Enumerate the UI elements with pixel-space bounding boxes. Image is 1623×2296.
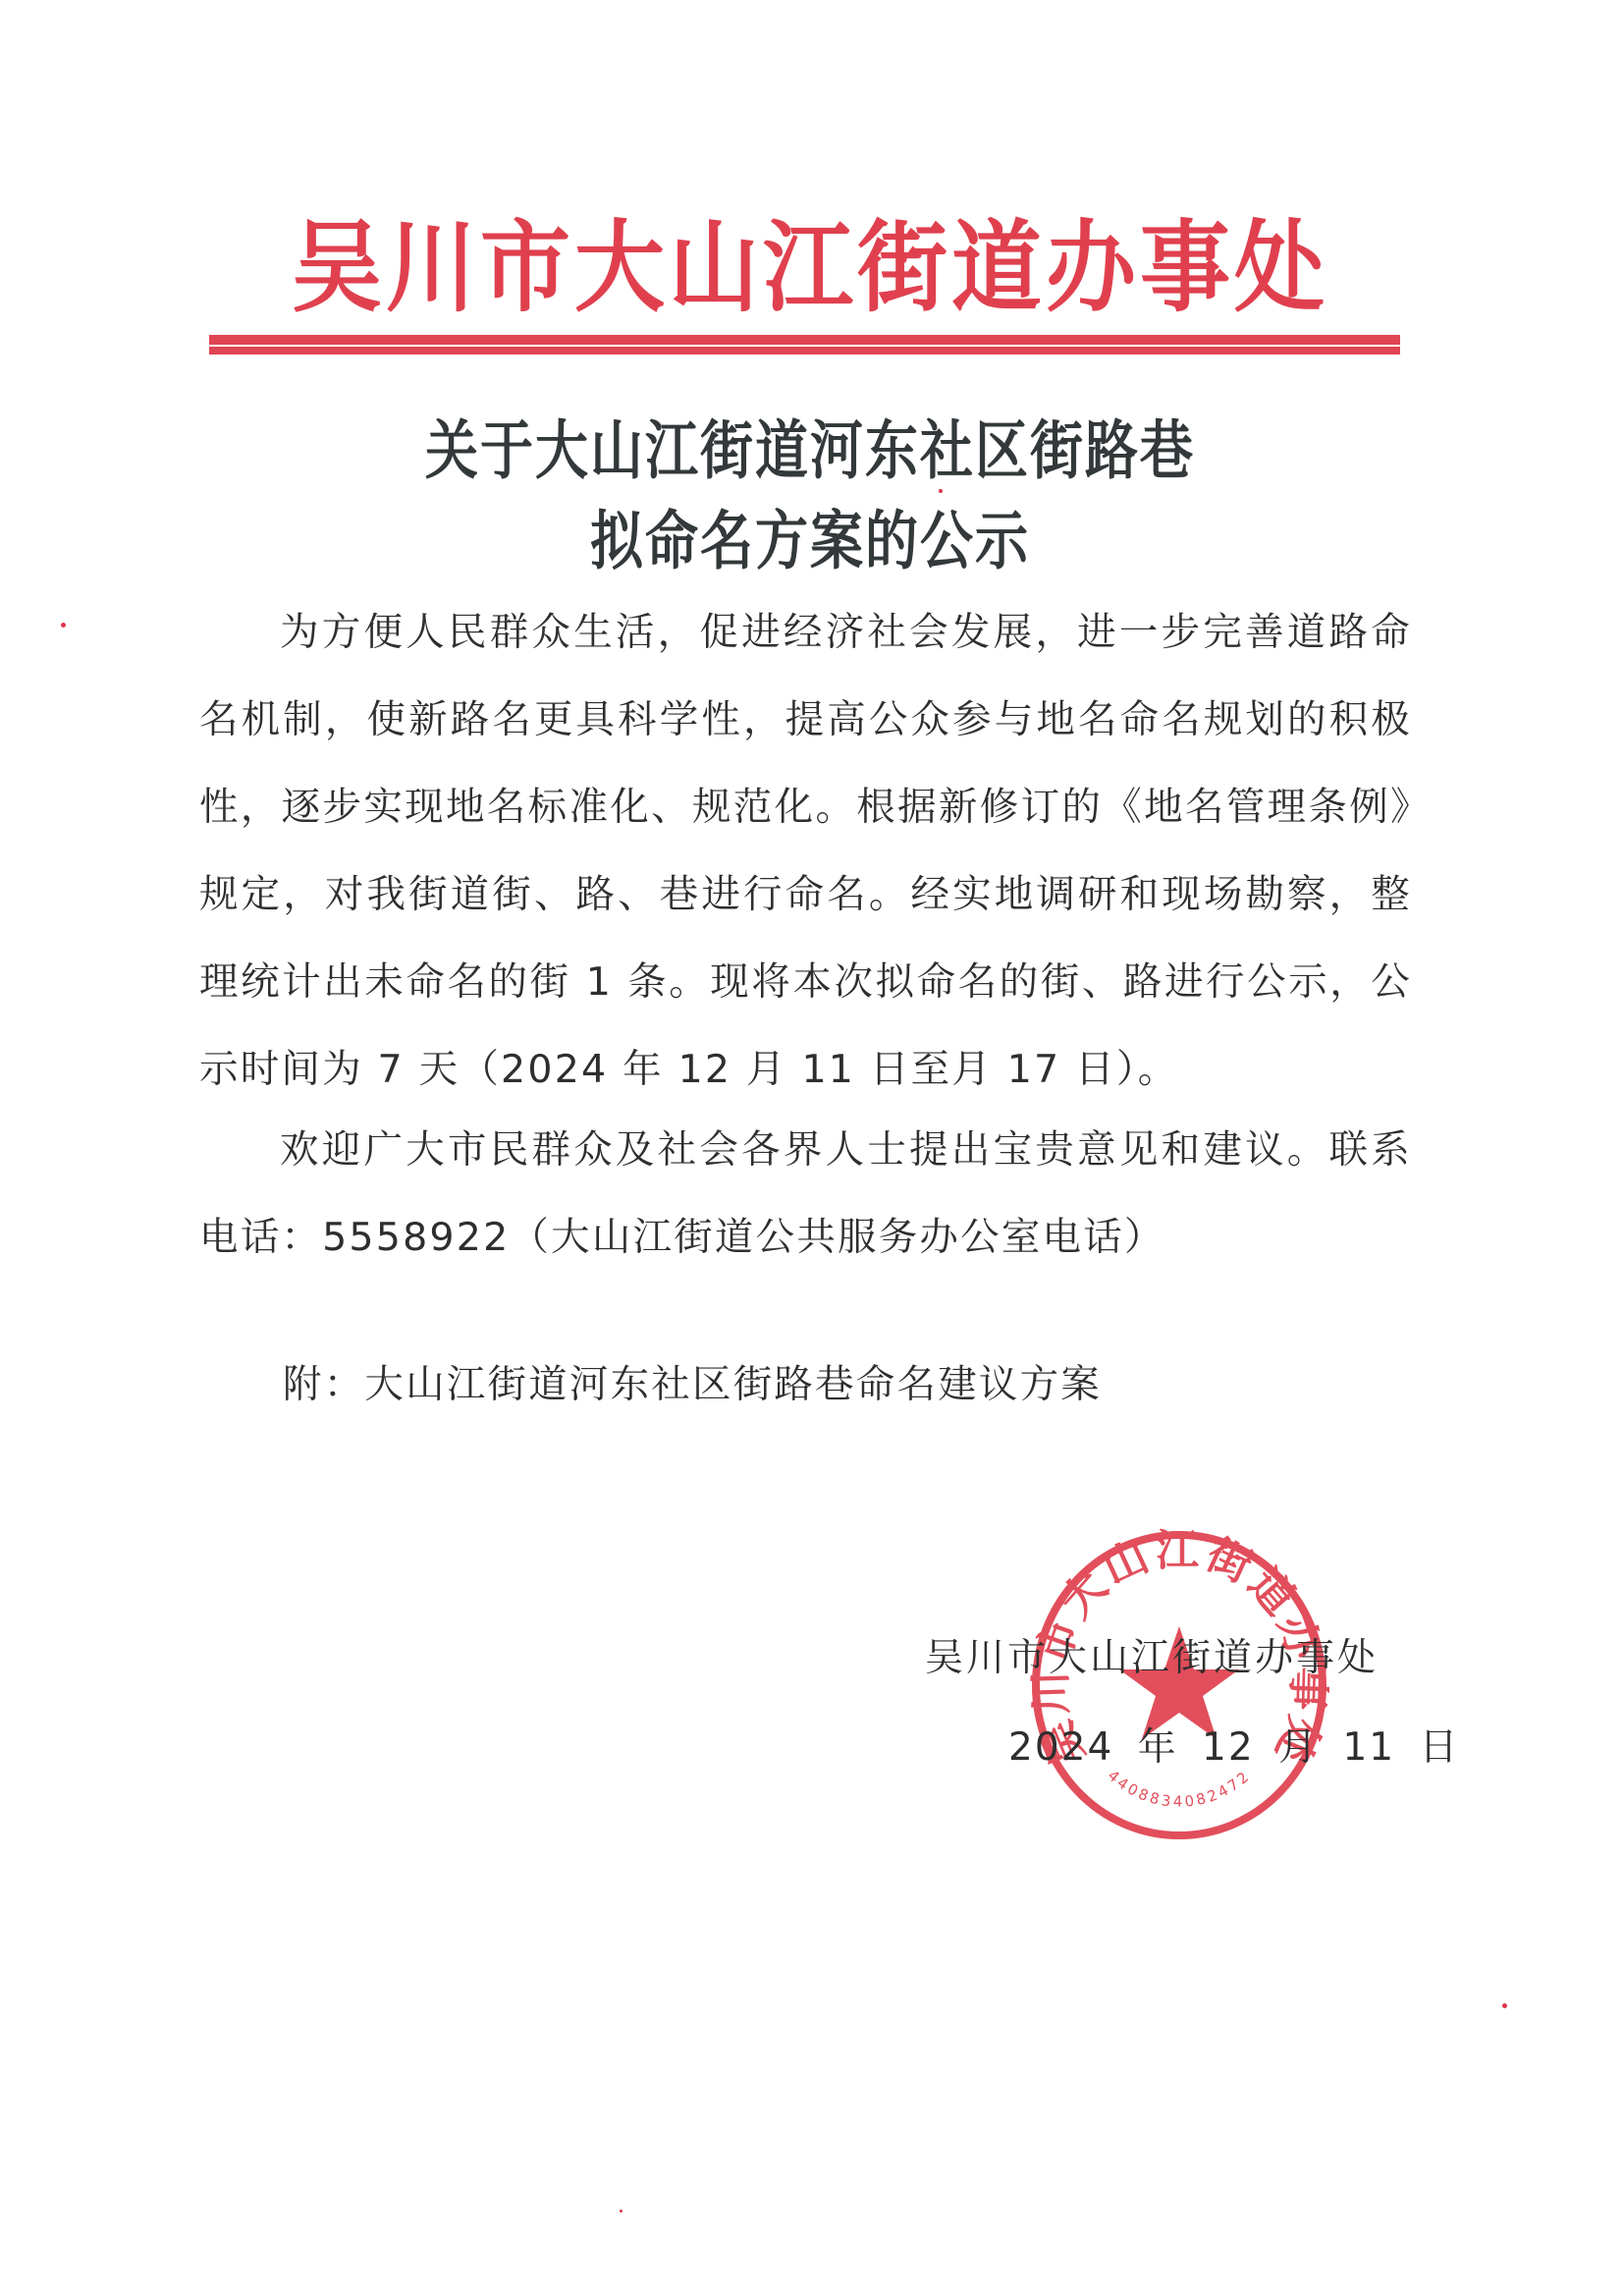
signature-date: 2024 年 12 月 11 日 xyxy=(1008,1717,1460,1772)
letterhead-rule-thick xyxy=(209,335,1400,345)
letterhead-organization: 吴川市大山江街道办事处 xyxy=(196,208,1424,327)
letterhead-rule-thin xyxy=(209,347,1400,355)
scan-speck xyxy=(939,489,943,493)
scan-speck xyxy=(1502,2003,1507,2008)
seal-code: 4408834082472 xyxy=(1105,1767,1255,1811)
scan-speck xyxy=(620,2210,622,2213)
body-paragraph-2: 欢迎广大市民群众及社会各界人士提出宝贵意见和建议。联系电话：5558922（大山… xyxy=(199,1107,1412,1282)
body-paragraph-1: 为方便人民群众生活，促进经济社会发展，进一步完善道路命名机制，使新路名更具科学性… xyxy=(199,589,1412,1114)
attachment-note: 附：大山江街道河东社区街路巷命名建议方案 xyxy=(283,1355,1102,1414)
scan-speck xyxy=(61,623,66,628)
signature-organization: 吴川市大山江街道办事处 xyxy=(925,1627,1379,1682)
document-page: 吴川市大山江街道办事处 关于大山江街道河东社区街路巷 拟命名方案的公示 为方便人… xyxy=(0,0,1623,2296)
notice-title-line2: 拟命名方案的公示 xyxy=(196,491,1424,581)
official-seal-icon: 吴川市大山江街道办事处 4408834082472 xyxy=(1029,1528,1329,1842)
notice-title-line1: 关于大山江街道河东社区街路巷 xyxy=(196,401,1424,491)
svg-text:4408834082472: 4408834082472 xyxy=(1105,1767,1255,1811)
